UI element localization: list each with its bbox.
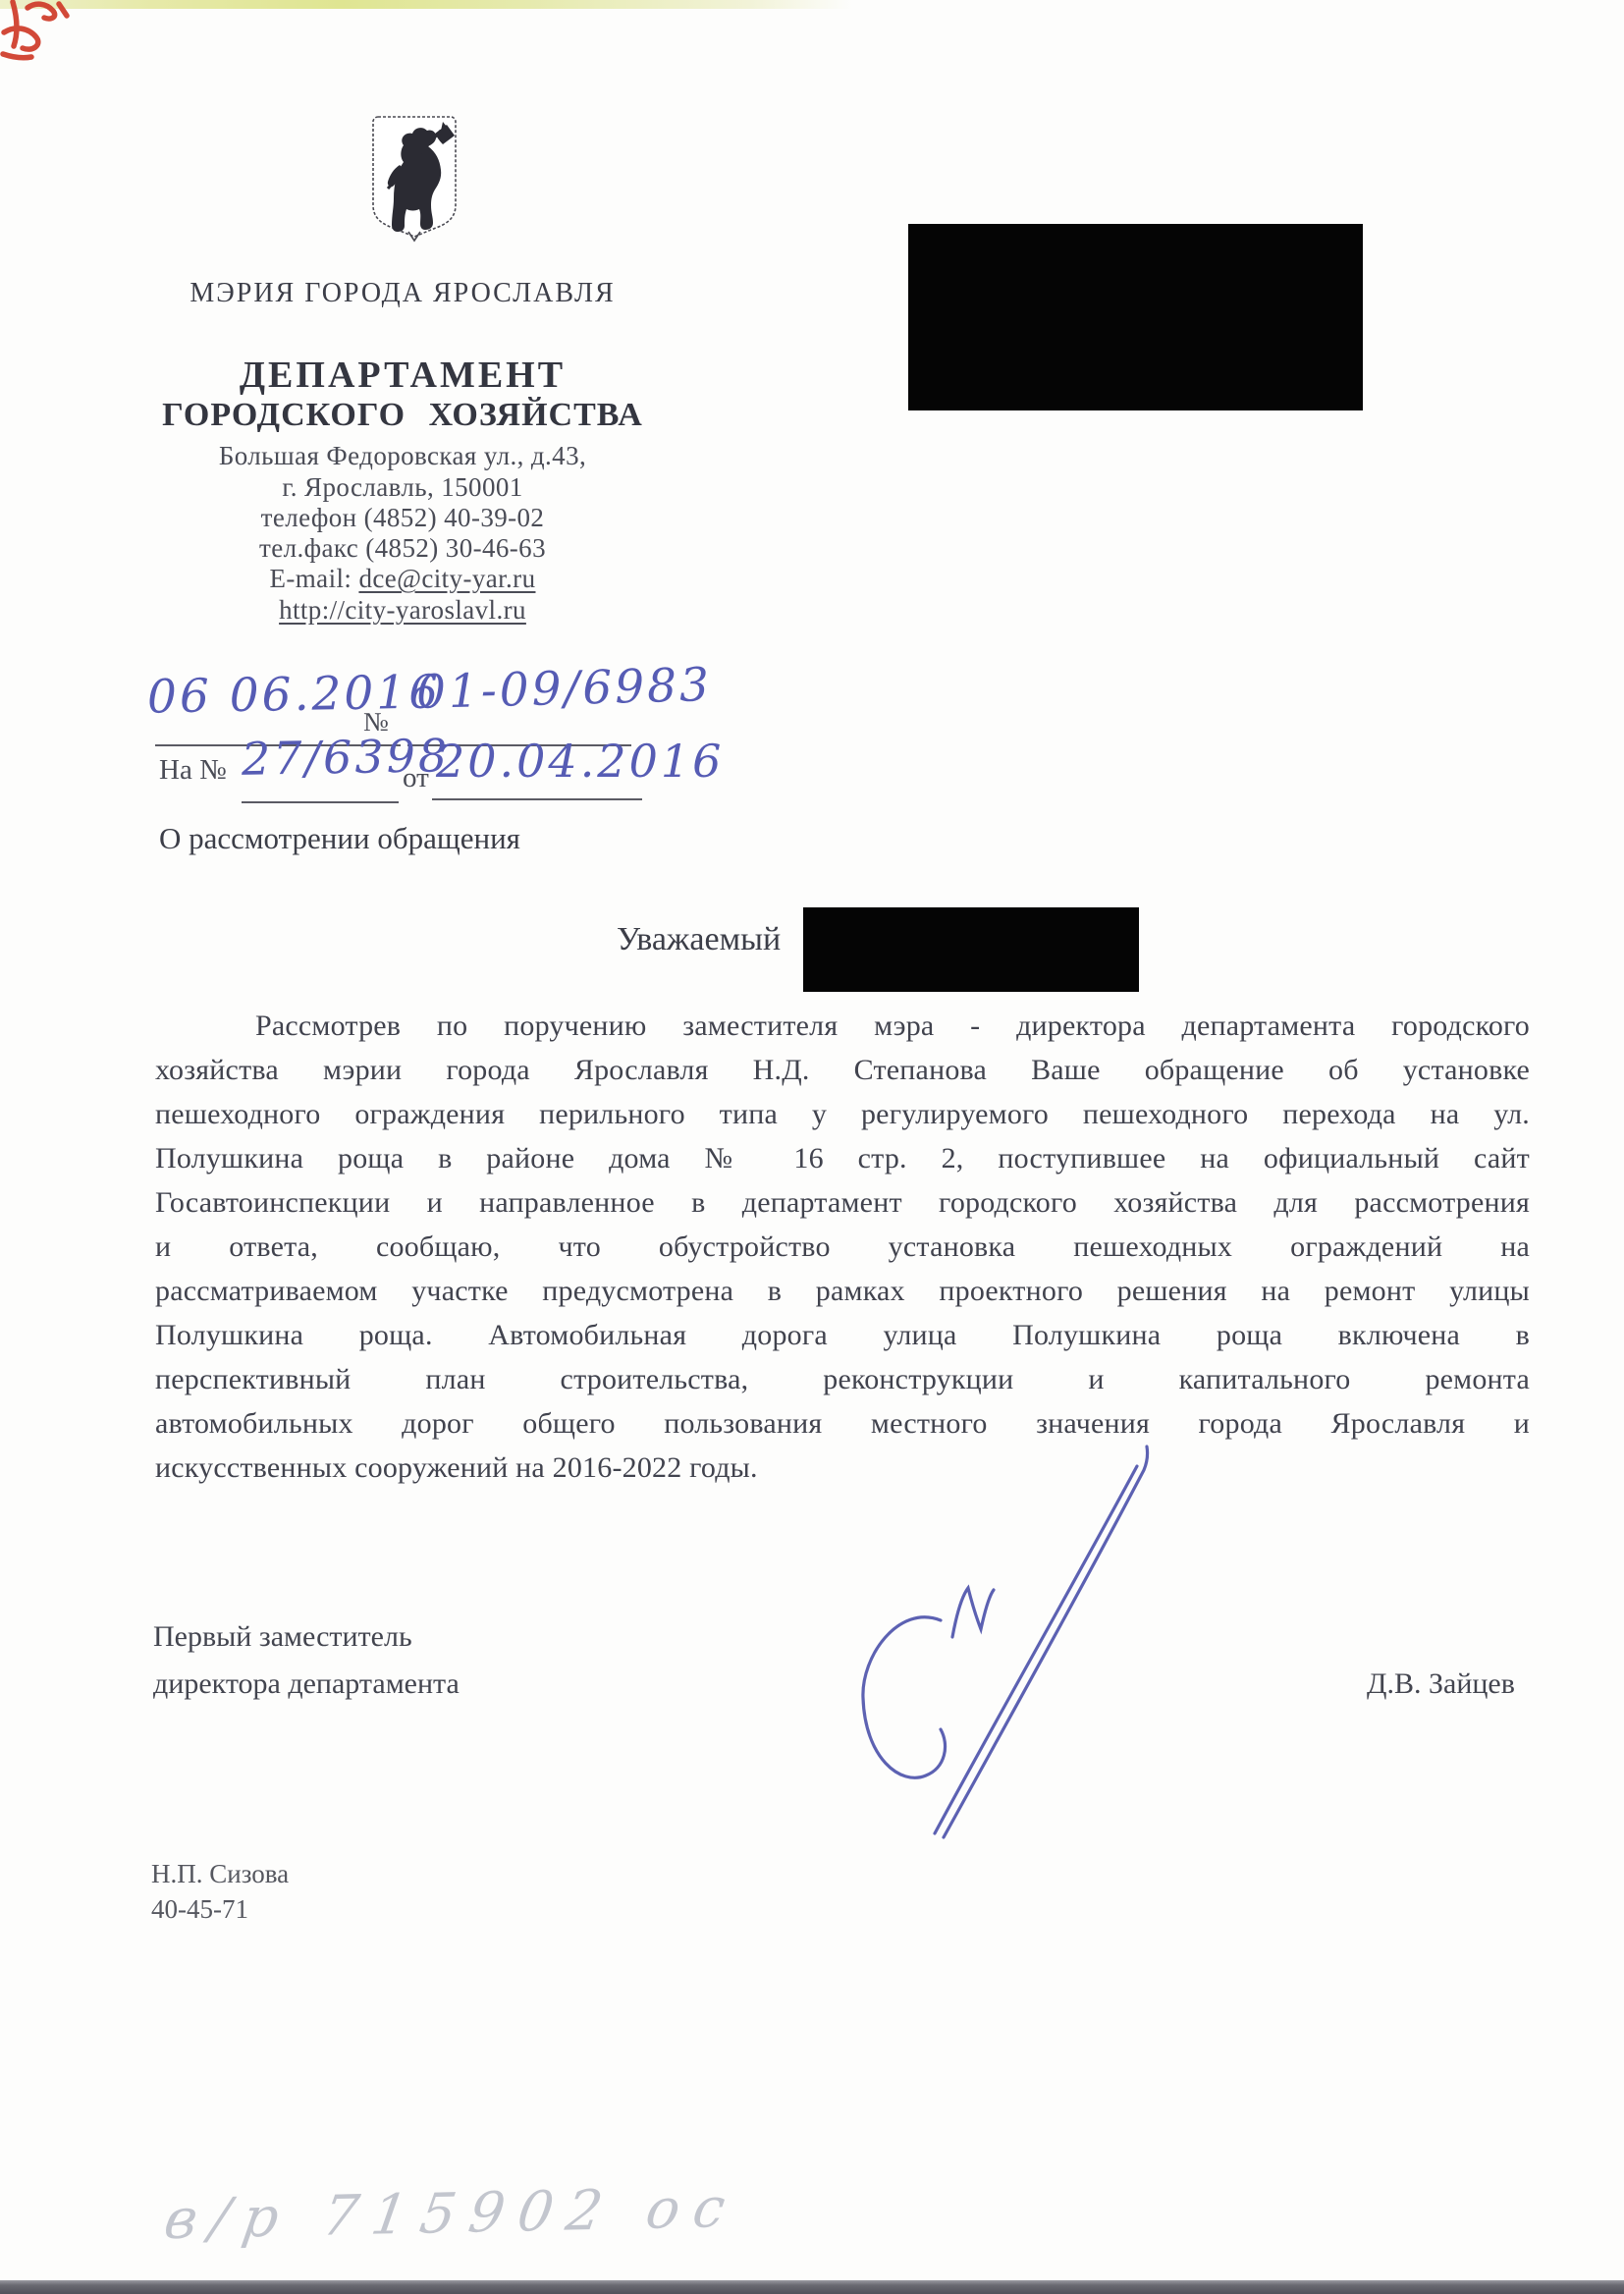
red-scan-marks [0,0,90,71]
signer-title-line1: Первый заместитель [153,1620,412,1654]
body-line: рассматриваемом участке предусмотрена в … [155,1269,1530,1313]
website-url: http://city-yaroslavl.ru [279,595,526,625]
email-address: dce@city-yar.ru [358,564,535,593]
signature-ink [839,1429,1173,1851]
yaroslavl-coat-of-arms-icon [370,114,459,249]
address-city: г. Ярославль, 150001 [147,472,658,503]
letter-body: Рассмотрев по поручению заместителя мэра… [155,1004,1530,1490]
pencil-annotation: в/р 715902 ос [160,2176,743,2252]
body-line: и ответа, сообщаю, что обустройство уста… [155,1225,1530,1269]
executor-phone: 40-45-71 [151,1894,248,1925]
body-line: Полушкина роща. Автомобильная дорога ули… [155,1313,1530,1357]
from-date-label: от [403,762,429,794]
reply-to-label: На № [159,754,227,787]
scan-edge-bottom-bar [0,2280,1624,2294]
body-line: перспективный план строительства, реконс… [155,1357,1530,1401]
email-line: E-mail: dce@city-yar.ru [147,564,658,594]
form-line-incoming-number [242,801,399,803]
form-line-incoming-date [432,798,642,800]
handwritten-outgoing-date: 06 06.2016 [147,665,442,724]
signer-title-line2: директора департамента [153,1667,460,1701]
body-line: хозяйства мэрии города Ярославля Н.Д. Ст… [155,1048,1530,1092]
body-line: Рассмотрев по поручению заместителя мэра… [155,1004,1530,1048]
body-line: пешеходного ограждения перильного типа у… [155,1092,1530,1136]
body-line: Полушкина роща в районе дома № 16 стр. 2… [155,1136,1530,1180]
signer-name: Д.В. Зайцев [1367,1667,1515,1701]
department-name-line2: ГОРОДСКОГО ХОЗЯЙСТВА [147,397,658,434]
redaction-box-name [803,907,1139,992]
letter-subject: О рассмотрении обращения [159,821,520,856]
address-street: Большая Федоровская ул., д.43, [147,441,658,471]
email-label: E-mail: [270,564,352,593]
fax-line: тел.факс (4852) 30-46-63 [147,533,658,564]
phone-line: телефон (4852) 40-39-02 [147,503,658,533]
organization-name: МЭРИЯ ГОРОДА ЯРОСЛАВЛЯ [147,278,658,309]
scan-edge-yellow-strip [0,0,852,9]
department-name-line1: ДЕПАРТАМЕНТ [147,354,658,397]
redaction-box-recipient [908,224,1363,410]
handwritten-outgoing-number: 01-09/6983 [415,658,712,720]
executor-name: Н.П. Сизова [151,1859,289,1889]
website-line: http://city-yaroslavl.ru [147,595,658,626]
handwritten-incoming-date: 20.04.2016 [436,735,724,788]
salutation-text: Уважаемый [617,921,781,958]
scanned-letter-page: МЭРИЯ ГОРОДА ЯРОСЛАВЛЯ ДЕПАРТАМЕНТ ГОРОД… [0,0,1624,2294]
body-line: Госавтоинспекции и направленное в департ… [155,1180,1530,1225]
